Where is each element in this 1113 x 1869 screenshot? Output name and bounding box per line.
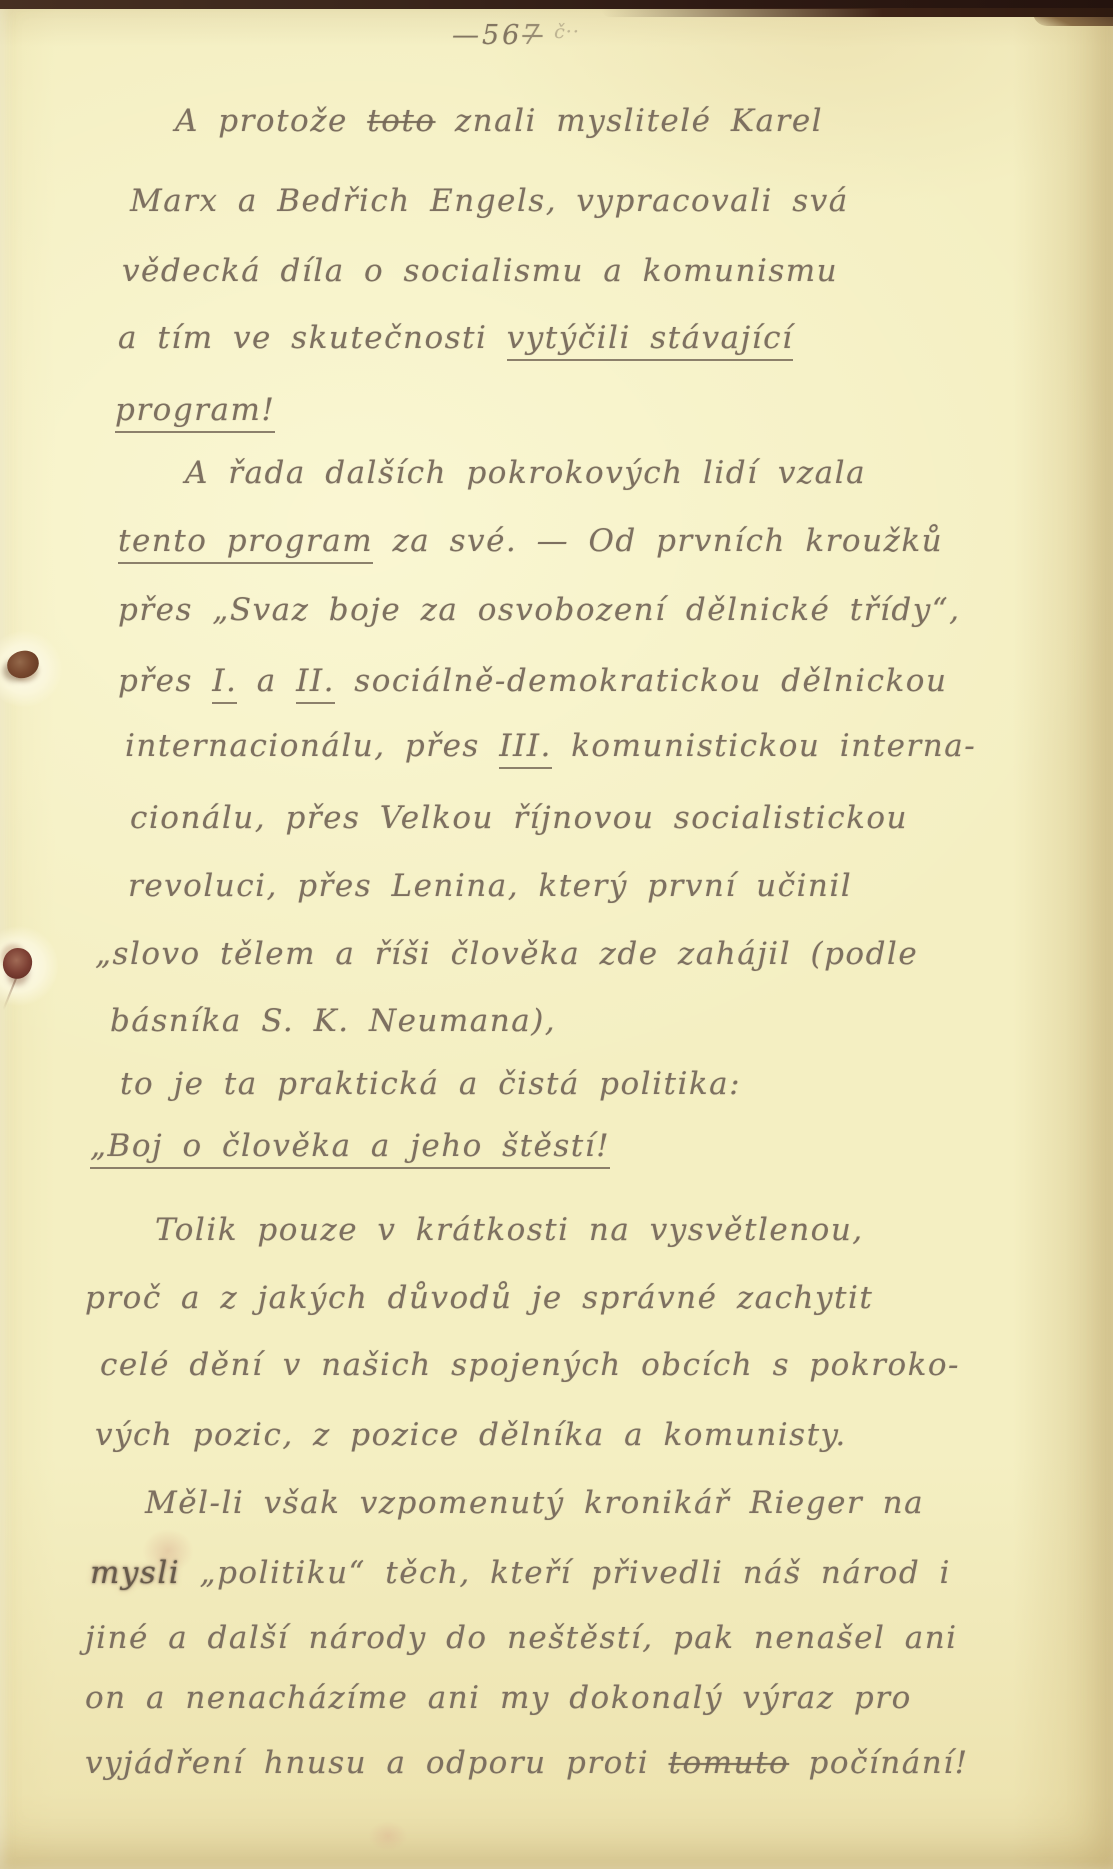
handwritten-text-segment: internacionálu, přes	[125, 728, 499, 764]
handwritten-text-segment: sociálně-demokratickou dělnickou	[335, 663, 947, 699]
handwritten-text-segment: Měl-li však vzpomenutý kronikář Rieger n…	[145, 1485, 924, 1521]
handwritten-text-segment: přes „Svaz boje za osvobození dělnické t…	[118, 592, 961, 628]
handwritten-text-segment: Marx a Bedřich Engels, vypracovali svá	[130, 183, 849, 219]
handwritten-line: proč a z jakých důvodů je správné zachyt…	[85, 1280, 873, 1316]
handwritten-line: to je ta praktická a čistá politika:	[120, 1066, 741, 1102]
handwritten-text-segment: III.	[499, 728, 552, 769]
handwritten-line: cionálu, přes Velkou říjnovou socialisti…	[130, 800, 908, 836]
handwritten-line: přes „Svaz boje za osvobození dělnické t…	[118, 592, 961, 628]
handwritten-text-segment: II.	[296, 663, 335, 704]
handwritten-text-segment: cionálu, přes Velkou říjnovou socialisti…	[130, 800, 908, 836]
handwritten-text-segment: „slovo tělem a říši člověka zde zahájil …	[95, 936, 918, 972]
handwritten-text-segment: přes	[118, 663, 212, 699]
handwritten-text-segment: a tím ve skutečnosti	[118, 320, 507, 356]
handwritten-text-segment: on a nenacházíme ani my dokonalý výraz p…	[85, 1680, 912, 1716]
handwritten-text-segment: I.	[212, 663, 237, 704]
handwritten-line: vých pozic, z pozice dělníka a komunisty…	[95, 1417, 847, 1453]
handwritten-line: jiné a další národy do neštěstí, pak nen…	[85, 1620, 958, 1656]
handwritten-line: mysli „politiku“ těch, kteří přivedli ná…	[90, 1555, 951, 1591]
handwritten-text-segment: tomuto	[669, 1745, 790, 1781]
handwritten-line: Měl-li však vzpomenutý kronikář Rieger n…	[145, 1485, 924, 1521]
handwritten-line: „Boj o člověka a jeho štěstí!	[90, 1128, 610, 1164]
handwritten-text-segment: vytýčili stávající	[507, 320, 794, 361]
handwritten-text-segment: vyjádření hnusu a odporu proti	[85, 1745, 669, 1781]
handwritten-text-segment: „Boj o člověka a jeho štěstí!	[90, 1128, 610, 1169]
handwritten-line: program!	[115, 392, 275, 428]
handwritten-text-segment: mysli	[90, 1555, 180, 1591]
handwritten-line: revoluci, přes Lenina, který první učini…	[128, 868, 852, 904]
handwritten-line: vyjádření hnusu a odporu proti tomuto po…	[85, 1745, 969, 1781]
handwritten-line: Tolik pouze v krátkosti na vysvětlenou,	[155, 1212, 864, 1248]
handwritten-text-segment: revoluci, přes Lenina, který první učini…	[128, 868, 852, 904]
handwritten-line: tento program za své. — Od prvních krouž…	[118, 523, 943, 559]
handwritten-line: internacionálu, přes III. komunistickou …	[125, 728, 976, 764]
handwritten-line: básníka S. K. Neumana),	[110, 1003, 556, 1039]
handwritten-text-segment: proč a z jakých důvodů je správné zachyt…	[85, 1280, 873, 1316]
handwritten-text-segment: znali myslitelé Karel	[435, 103, 823, 139]
handwritten-text-segment: to je ta praktická a čistá politika:	[120, 1066, 741, 1102]
handwritten-line: a tím ve skutečnosti vytýčili stávající	[118, 320, 793, 356]
handwritten-line: přes I. a II. sociálně-demokratickou děl…	[118, 663, 947, 699]
handwritten-text-segment: A řada dalších pokrokových lidí vzala	[185, 455, 866, 491]
handwritten-text-segment: tento program	[118, 523, 373, 564]
handwritten-text-segment: A protože	[175, 103, 367, 139]
handwritten-line: vědecká díla o socialismu a komunismu	[122, 253, 838, 289]
handwritten-line: „slovo tělem a říši člověka zde zahájil …	[95, 936, 918, 972]
handwriting-lines: A protože toto znali myslitelé KarelMarx…	[0, 0, 1113, 1869]
handwritten-line: celé dění v našich spojených obcích s po…	[100, 1347, 960, 1383]
handwritten-text-segment: za své. — Od prvních kroužků	[373, 523, 943, 559]
manuscript-page: —567 č·· A protože toto znali myslitelé …	[0, 0, 1113, 1869]
handwritten-text-segment: básníka S. K. Neumana),	[110, 1003, 556, 1039]
handwritten-text-segment: vědecká díla o socialismu a komunismu	[122, 253, 838, 289]
handwritten-line: A řada dalších pokrokových lidí vzala	[185, 455, 866, 491]
handwritten-text-segment: a	[237, 663, 296, 699]
handwritten-line: A protože toto znali myslitelé Karel	[175, 103, 823, 139]
handwritten-text-segment: „politiku“ těch, kteří přivedli náš náro…	[180, 1555, 951, 1591]
handwritten-line: on a nenacházíme ani my dokonalý výraz p…	[85, 1680, 912, 1716]
handwritten-text-segment: program!	[115, 392, 275, 433]
handwritten-text-segment: toto	[367, 103, 435, 139]
handwritten-text-segment: Tolik pouze v krátkosti na vysvětlenou,	[155, 1212, 864, 1248]
handwritten-text-segment: komunistickou interna-	[552, 728, 976, 764]
handwritten-line: Marx a Bedřich Engels, vypracovali svá	[130, 183, 849, 219]
handwritten-text-segment: vých pozic, z pozice dělníka a komunisty…	[95, 1417, 847, 1453]
handwritten-text-segment: celé dění v našich spojených obcích s po…	[100, 1347, 960, 1383]
handwritten-text-segment: počínání!	[789, 1745, 968, 1781]
handwritten-text-segment: jiné a další národy do neštěstí, pak nen…	[85, 1620, 958, 1656]
